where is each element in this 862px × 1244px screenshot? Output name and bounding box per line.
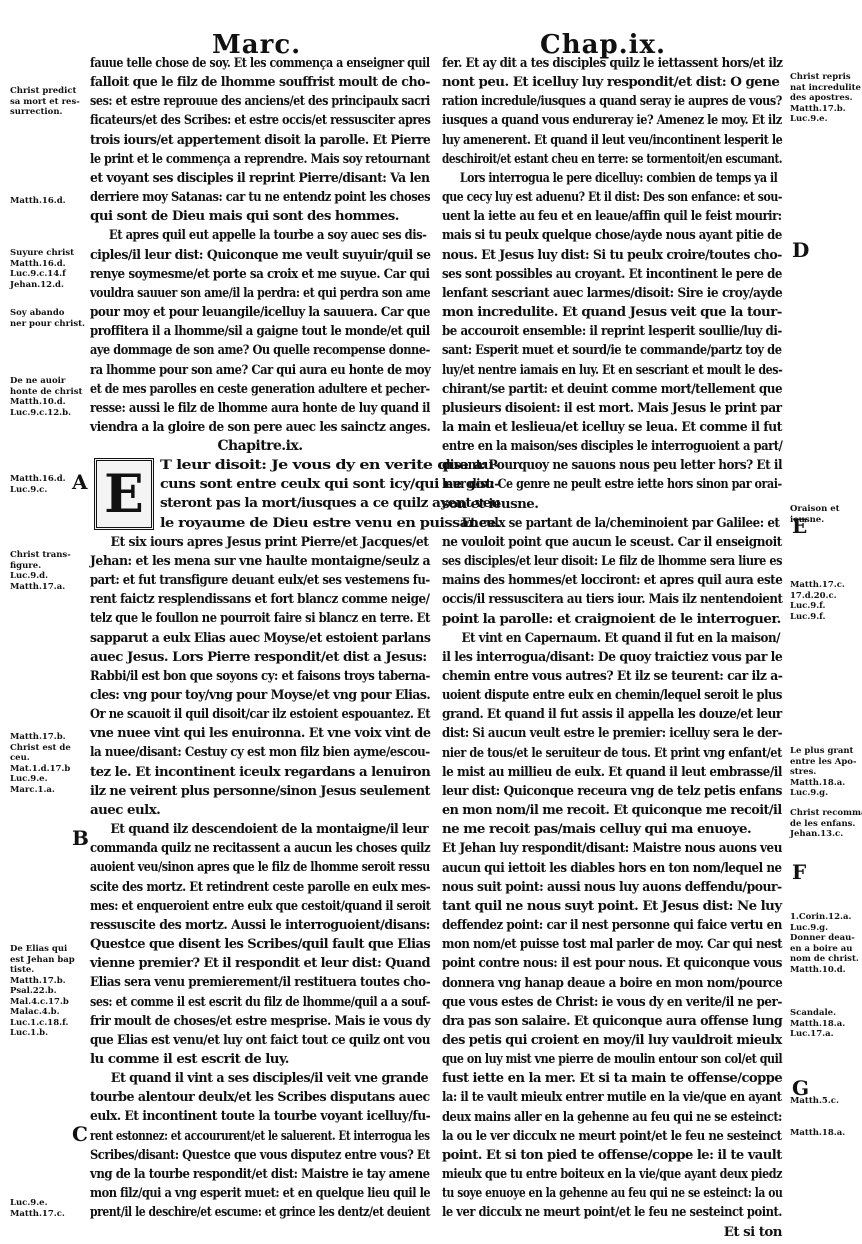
margin-note: De ne auoirhonte de christMatth.10.d.Luc… — [10, 376, 82, 418]
text-line: Et six iours apres Jesus print Pierre/et… — [90, 533, 451, 552]
text-line: ra lhomme pour son ame? Car qui aura eu … — [90, 361, 430, 380]
text-line: la: il te vault mieulx entrer mutile en … — [442, 1088, 782, 1107]
text-line: que Elias est venu/et luy ont faict tout… — [90, 1031, 430, 1050]
text-line: entre en la maison/ses disciples le inte… — [442, 437, 782, 456]
text-line: mes: et enqueroient entre eulx que cesto… — [90, 897, 430, 916]
text-line: fust iette en la mer. Et si ta main te o… — [442, 1069, 782, 1088]
text-line: ne me recoit pas/mais celluy qui ma enuo… — [442, 820, 782, 839]
text-line: mon incredulite. Et quand Jesus veit que… — [442, 303, 782, 322]
margin-note: Matth.16.d.Luc.9.c. — [10, 474, 66, 495]
margin-note: De Elias quiest Jehan baptiste.Matth.17.… — [10, 944, 75, 1039]
text-line: tez le. Et incontinent iceulx regardans … — [90, 763, 430, 782]
text-line: derriere moy Satanas: car tu ne entendz … — [90, 188, 430, 207]
text-line: tant quil ne nous suyt point. Et Jesus d… — [442, 897, 782, 916]
text-line: chemin entre vous autres? Et ilz se teur… — [442, 667, 782, 686]
text-line: ressuscite des mortz. Aussi le interrogu… — [90, 916, 430, 935]
left-column: fauue telle chose de soy. Et les commenç… — [90, 54, 430, 1222]
text-line: que on luy mist vne pierre de moulin ent… — [442, 1050, 782, 1069]
text-line: des petis qui croient en moy/il luy vaul… — [442, 1031, 782, 1050]
text-line: tu soye enuoye en la gehenne au feu qui … — [442, 1184, 782, 1203]
text-line: ses disciples/et leur disoit: Le filz de… — [442, 552, 782, 571]
text-line: vng de la tourbe respondit/et dist: Mais… — [90, 1165, 430, 1184]
text-line: la ou le ver dicculx ne meurt point/et l… — [442, 1127, 782, 1146]
text-line: prent/il le deschire/et escume: et grinc… — [90, 1203, 430, 1222]
margin-note: Christ trans-figure.Luc.9.d.Matth.17.a. — [10, 550, 71, 592]
margin-note: Luc.9.e.Matth.17.c. — [10, 1198, 65, 1219]
text-line: frir moult de choses/et estre mesprise. … — [90, 1012, 430, 1031]
margin-note: Suyure christMatth.16.d.Luc.9.c.14.fJeha… — [10, 248, 74, 290]
text-line: auoient veu/sinon apres que le filz de l… — [90, 858, 430, 877]
text-line: resse: aussi le filz de lhomme aura hont… — [90, 399, 430, 418]
text-line: ses: et comme il est escrit du filz de l… — [90, 993, 430, 1012]
text-line: auec eulx. — [90, 801, 430, 820]
section-letter: B — [72, 826, 89, 850]
text-line: et de mes parolles en ceste generation a… — [90, 380, 430, 399]
text-line: Elias sera venu premierement/il restitue… — [90, 973, 430, 992]
margin-note: Matth.17.c.17.d.20.c.Luc.9.f.Luc.9.f. — [790, 580, 845, 622]
text-line: leur dist: Ce genre ne peult estre iette… — [442, 475, 782, 494]
text-line: plusieurs disoient: il est mort. Mais Je… — [442, 399, 782, 418]
section-letter: F — [792, 860, 806, 884]
text-line: renye soymesme/et porte sa croix et me s… — [90, 265, 430, 284]
text-line: uoient dispute entre eulx en chemin/lequ… — [442, 686, 782, 705]
text-line: dra pas son salaire. Et quiconque aura o… — [442, 1012, 782, 1031]
text-line: vienne premier? Et il respondit et leur … — [90, 954, 430, 973]
text-line: uent la iette au feu et en leaue/affin q… — [442, 207, 782, 226]
text-line: fer. Et ay dit a tes disciples quilz le … — [442, 54, 782, 73]
book-page: Marc. Chap.ix. fauue telle chose de soy.… — [0, 0, 862, 1244]
text-line: en mon nom/il me recoit. Et quiconque me… — [442, 801, 782, 820]
text-line: Questce que disent les Scribes/quil faul… — [90, 935, 430, 954]
text-line: la main et leslieua/et icelluy se leua. … — [442, 418, 782, 437]
text-line: be accouroit ensemble: il reprint lesper… — [442, 322, 782, 341]
text-line: telz que le foullon ne pourroit faire si… — [90, 609, 430, 628]
section-letter: G — [792, 1076, 809, 1100]
text-line: lenfant sescriant auec larmes/disoit: Si… — [442, 284, 782, 303]
text-line: Scribes/disant: Questce que vous dispute… — [90, 1146, 430, 1165]
margin-note: Christ predictsa mort et res-surrection. — [10, 86, 80, 118]
text-line: falloit que le filz de lhomme souffrist … — [90, 73, 430, 92]
text-line: trois iours/et appertement disoit la par… — [90, 131, 430, 150]
text-line: point contre nous: il est pour nous. Et … — [442, 954, 782, 973]
text-line: ses sont possibles au croyant. Et incont… — [442, 265, 782, 284]
text-line: luy/et nentre iamais en luy. Et en sescr… — [442, 361, 782, 380]
text-line: Et vint en Capernaum. Et quand il fut en… — [442, 629, 802, 648]
text-line: la nuee/disant: Cestuy cy est mon filz b… — [90, 743, 430, 762]
text-line: deffendez point: car il nest personne qu… — [442, 916, 782, 935]
left-text-block-continued: Et six iours apres Jesus print Pierre/et… — [90, 533, 430, 1223]
text-line: et voyant ses disciples il reprint Pierr… — [90, 169, 430, 188]
section-letter: D — [792, 238, 809, 262]
text-line: proffitera il a lhomme/sil a gaigne tout… — [90, 322, 430, 341]
text-line: disant: Pourquoy ne sauons nous peu lett… — [442, 456, 782, 475]
text-line: il les interrogua/disant: De quoy traict… — [442, 648, 782, 667]
margin-note: Matth.17.b.Christ est deceu.Mat.1.d.17.b… — [10, 732, 71, 795]
text-line: pour moy et pour leuangile/icelluy la sa… — [90, 303, 430, 322]
section-letter: E — [792, 514, 807, 538]
text-line: Et Jehan luy respondit/disant: Maistre n… — [442, 839, 782, 858]
section-letter: A — [72, 470, 88, 494]
text-line: ilz ne veirent plus personne/sinon Jesus… — [90, 782, 430, 801]
text-line: nous suit point: aussi nous luy auons de… — [442, 878, 782, 897]
text-line: Et apres quil eut appelle la tourbe a so… — [90, 226, 449, 245]
decorated-initial-icon: E — [94, 458, 154, 530]
text-line: nier de tous/et le seruiteur de tous. Et… — [442, 744, 782, 763]
text-line: vne nuee vint qui les enuironna. Et vne … — [90, 724, 430, 743]
margin-note: Christ recomman-de les enfans.Jehan.13.c… — [790, 808, 862, 840]
section-letter: C — [72, 1122, 88, 1146]
text-line: commanda quilz ne recitassent a aucun le… — [90, 839, 430, 858]
text-line: sant: Esperit muet et sourd/ie te comman… — [442, 341, 782, 360]
text-line: leur dist: Quiconque receura vng de telz… — [442, 782, 782, 801]
text-line: ration incredule/iusques a quand seray i… — [442, 92, 782, 111]
text-line: eulx. Et incontinent toute la tourbe voy… — [90, 1107, 430, 1126]
text-line: fauue telle chose de soy. Et les commenç… — [90, 54, 430, 73]
text-line: ciples/il leur dist: Quiconque me veult … — [90, 246, 430, 265]
text-line: sapparut a eulx Elias auec Moyse/et esto… — [90, 629, 430, 648]
text-line: point la parolle: et craignoient de le i… — [442, 610, 782, 629]
text-line: Et quand ilz descendoient de la montaign… — [90, 820, 450, 839]
text-line: nont peu. Et icelluy luy respondit/et di… — [442, 73, 782, 92]
margin-note: Matth.16.d. — [10, 196, 66, 207]
text-line: aye dommage de son ame? Ou quelle recomp… — [90, 341, 430, 360]
text-line: tourbe alentour deulx/et les Scribes dis… — [90, 1088, 430, 1107]
text-line: vouldra sauuer son ame/il la perdra: et … — [90, 284, 430, 303]
text-line: Rabbi/il est bon que soyons cy: et faiso… — [90, 667, 430, 686]
catchword: Et si ton — [442, 1223, 794, 1242]
text-line: aucun qui iettoit les diables hors en to… — [442, 859, 782, 878]
text-line: qui sont de Dieu mais qui sont des homme… — [90, 207, 430, 226]
text-line: que vous estes de Christ: ie vous dy en … — [442, 993, 782, 1012]
text-line: que cecy luy est aduenu? Et il dist: Des… — [442, 188, 782, 207]
text-line: Et eulx se partant de la/cheminoient par… — [442, 514, 802, 533]
text-line: scite des mortz. Et retindrent ceste par… — [90, 878, 430, 897]
text-line: le ver dicculx ne meurt point/et le feu … — [442, 1203, 782, 1222]
text-line: auec Jesus. Lors Pierre respondit/et dis… — [90, 648, 430, 667]
chapter-title: Chapitre.ix. — [90, 437, 430, 456]
text-line: occis/il ressuscitera au tiers iour. Mai… — [442, 590, 782, 609]
right-text-block: fer. Et ay dit a tes disciples quilz le … — [442, 54, 782, 1223]
text-line: rent estonnez: et accoururent/et le salu… — [90, 1127, 430, 1146]
text-line: chirant/se partit: et deuint comme mort/… — [442, 380, 782, 399]
chapter-opening: E T leur disoit: Je vous dy en verite qu… — [90, 456, 430, 533]
margin-note: Scandale.Matth.18.a.Luc.17.a. — [790, 1008, 845, 1040]
text-line: deschiroit/et estant cheu en terre: se t… — [442, 150, 782, 169]
text-line: iusques a quand vous endureray ie? Amene… — [442, 111, 782, 130]
margin-note: Le plus grantentre les Apo-stres.Matth.1… — [790, 746, 856, 799]
text-line: point. Et si ton pied te offense/coppe l… — [442, 1146, 782, 1165]
text-line: lu comme il est escrit de luy. — [90, 1050, 430, 1069]
text-line: mais si tu peulx quelque chose/ayde nous… — [442, 226, 782, 245]
text-line: part: et fut transfigure deuant eulx/et … — [90, 571, 430, 590]
text-line: mieulx que tu entre boiteux en la vie/qu… — [442, 1165, 782, 1184]
margin-note: Matth.18.a. — [790, 1128, 845, 1139]
text-line: le print et le commença a reprendre. Mai… — [90, 150, 430, 169]
text-line: le mist au millieu de eulx. Et quand il … — [442, 763, 782, 782]
text-line: deux mains aller en la gehenne au feu qu… — [442, 1108, 782, 1127]
text-line: ne vouloit point que aucun le sceust. Ca… — [442, 533, 782, 552]
text-line: grand. Et quand il fut assis il appella … — [442, 705, 782, 724]
text-line: luy amenerent. Et quand il leut veu/inco… — [442, 131, 782, 150]
text-line: Lors interrogua le pere dicelluy: combie… — [442, 169, 800, 188]
text-line: ficateurs/et des Scribes: et estre occis… — [90, 111, 430, 130]
text-line: rent faictz resplendissans et fort blanc… — [90, 590, 430, 609]
text-line: donnera vng hanap deaue a boire en mon n… — [442, 974, 782, 993]
text-line: Or ne scauoit il quil disoit/car ilz est… — [90, 705, 430, 724]
margin-note: 1.Corin.12.a.Luc.9.g.Donner deau-en a bo… — [790, 912, 859, 975]
text-line: ses: et estre reprouue des anciens/et de… — [90, 92, 430, 111]
left-text-block: fauue telle chose de soy. Et les commenç… — [90, 54, 430, 437]
margin-note: Christ reprisnat incredulitedes apostres… — [790, 72, 861, 125]
text-line: mon filz/qui a vng esperit muet: et en q… — [90, 1184, 430, 1203]
text-line: Et quand il vint a ses disciples/il veit… — [90, 1069, 451, 1088]
text-line: viendra a la gloire de son pere auec les… — [90, 418, 430, 437]
text-line: cles: vng pour toy/vng pour Moyse/et vng… — [90, 686, 430, 705]
text-line: mains des hommes/et locciront: et apres … — [442, 571, 782, 590]
text-line: son et ieusne. — [442, 495, 782, 514]
right-column: fer. Et ay dit a tes disciples quilz le … — [442, 54, 782, 1242]
text-line: Jehan: et les mena sur vne haulte montai… — [90, 552, 430, 571]
text-line: dist: Si aucun veult estre le premier: i… — [442, 724, 782, 743]
text-line: mon nom/et puisse tost mal parler de moy… — [442, 935, 782, 954]
text-line: nous. Et Jesus luy dist: Si tu peulx cro… — [442, 246, 782, 265]
margin-note: Soy abandoner pour christ. — [10, 308, 85, 329]
